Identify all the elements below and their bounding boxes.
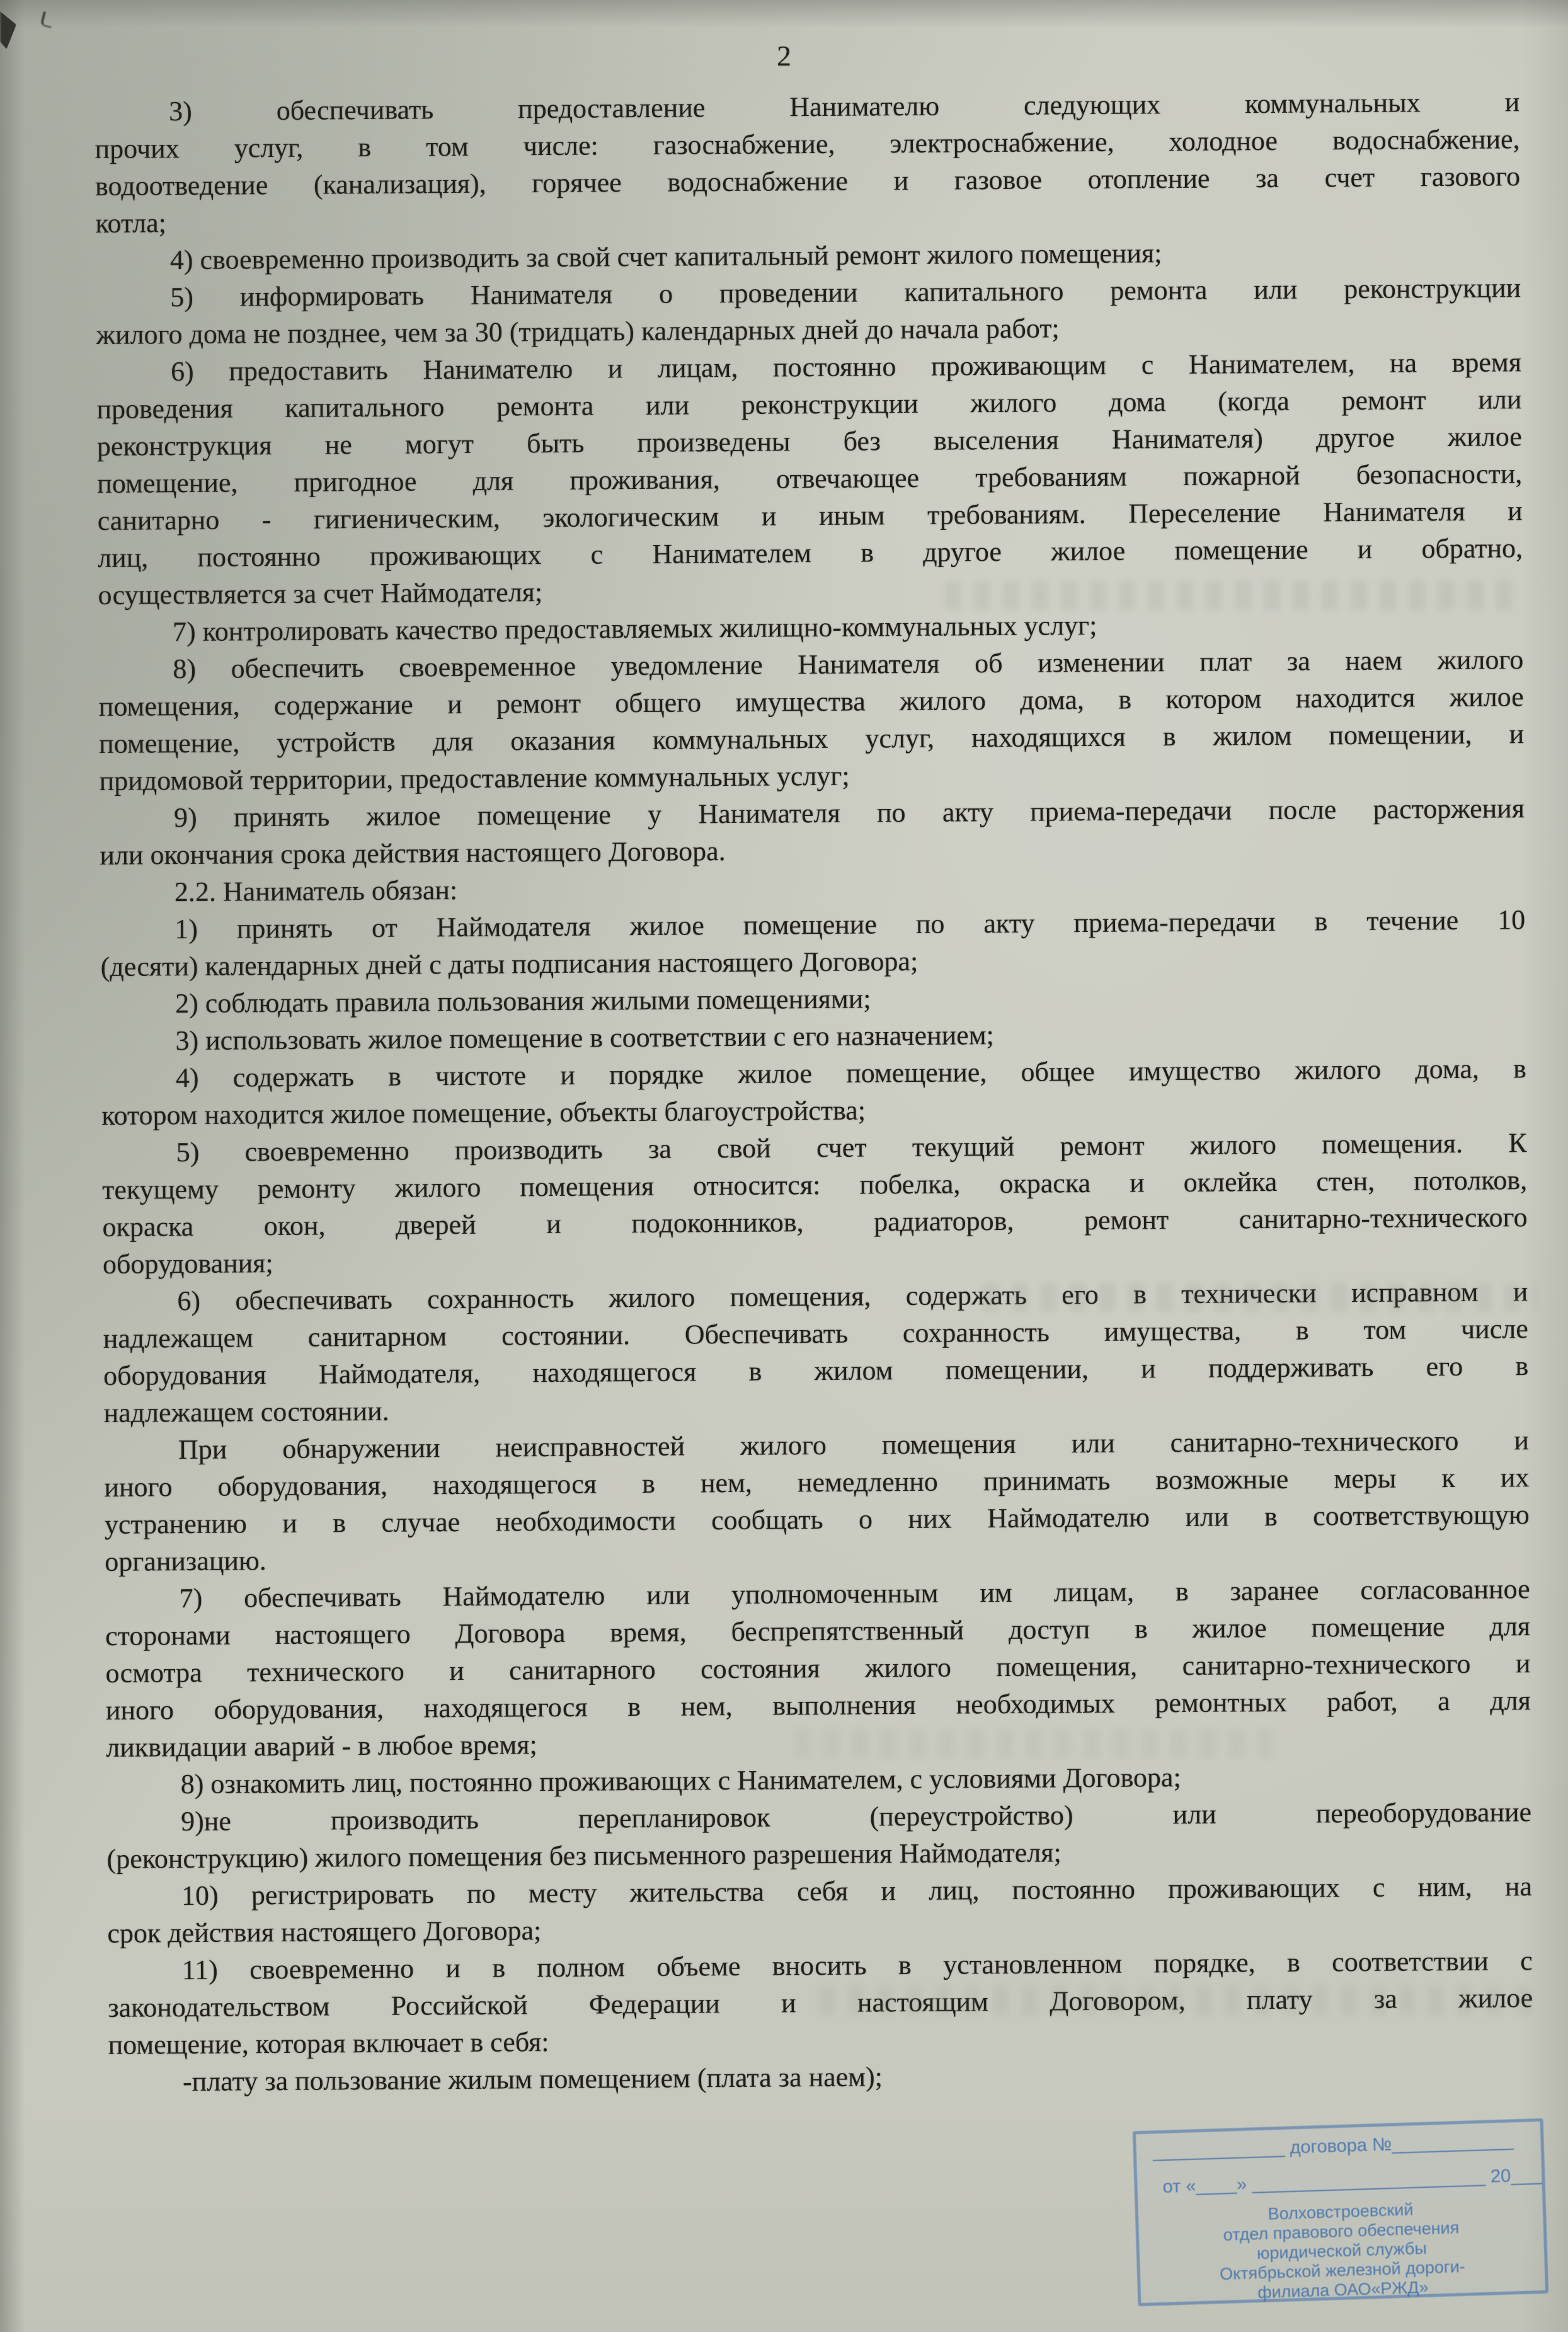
legal-stamp: _____________ договора №____________ от … [1133, 2118, 1548, 2306]
paper-speck [40, 11, 54, 28]
scanned-contract-page: 2 3) обеспечивать предоставление Нанимат… [0, 0, 1568, 2332]
stamp-date-line: от «____» _______________________ 20____ [1137, 2164, 1542, 2198]
stamp-organization: Волховстроевский отдел правового обеспеч… [1138, 2196, 1546, 2306]
page-number: 2 [0, 39, 1568, 72]
contract-body: 3) обеспечивать предоставление Нанимател… [94, 83, 1533, 2101]
stamp-contract-number-line: _____________ договора №____________ [1136, 2129, 1541, 2163]
